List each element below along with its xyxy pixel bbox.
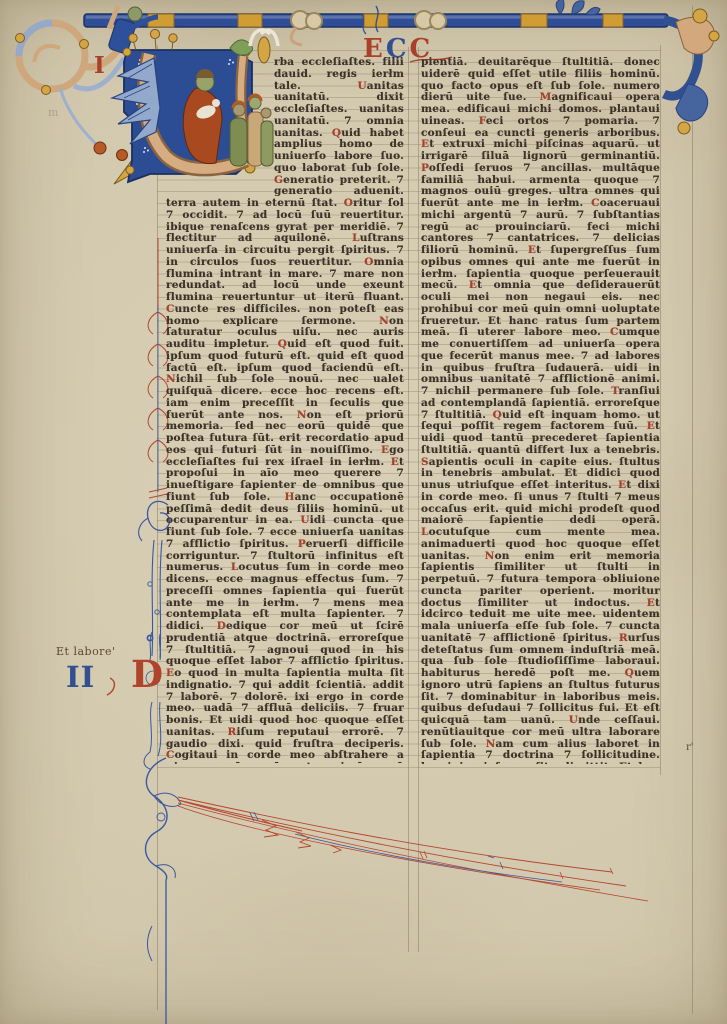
- vine-loop-ornament: [16, 6, 159, 161]
- knot-ornaments: [291, 11, 446, 29]
- tan-curl: [291, 28, 302, 45]
- marginal-gloss: Et labore': [56, 645, 115, 658]
- gold-balls: [678, 9, 719, 134]
- initial-spacer: [166, 57, 274, 187]
- wing: [112, 58, 160, 144]
- gold-beads: [16, 34, 89, 95]
- faint-margin-mark: m: [48, 106, 58, 119]
- chapter-2-initial: D: [131, 656, 163, 693]
- leaf-node: [556, 0, 600, 15]
- text-column-right: pientiā. deuitarēque ſtultitiā. donec ui…: [421, 57, 660, 764]
- gold-bar-segments: [148, 14, 623, 27]
- climbing-figure: [108, 6, 158, 54]
- chapter-2-numeral: II: [66, 660, 95, 694]
- ruling-gutter-b: [418, 47, 419, 952]
- lower-margin-flourish: [146, 758, 182, 1024]
- ruling-gutter-a: [408, 47, 409, 952]
- ruling-left-margin: [157, 45, 158, 1010]
- ruling-right-margin: [692, 6, 693, 1014]
- pen-flourish-rays: [178, 797, 648, 901]
- quire-mark: r': [686, 742, 694, 753]
- manuscript-page: ECC I m Et labore' II D r' V rba eccleſi…: [0, 0, 727, 1024]
- ruling-right-column: [660, 45, 661, 775]
- text-column-left: rba eccleſiaſtes. filii dauid. regis ier…: [166, 57, 404, 764]
- vine-fruit: [94, 142, 128, 161]
- chapter-1-numeral: I: [94, 52, 105, 79]
